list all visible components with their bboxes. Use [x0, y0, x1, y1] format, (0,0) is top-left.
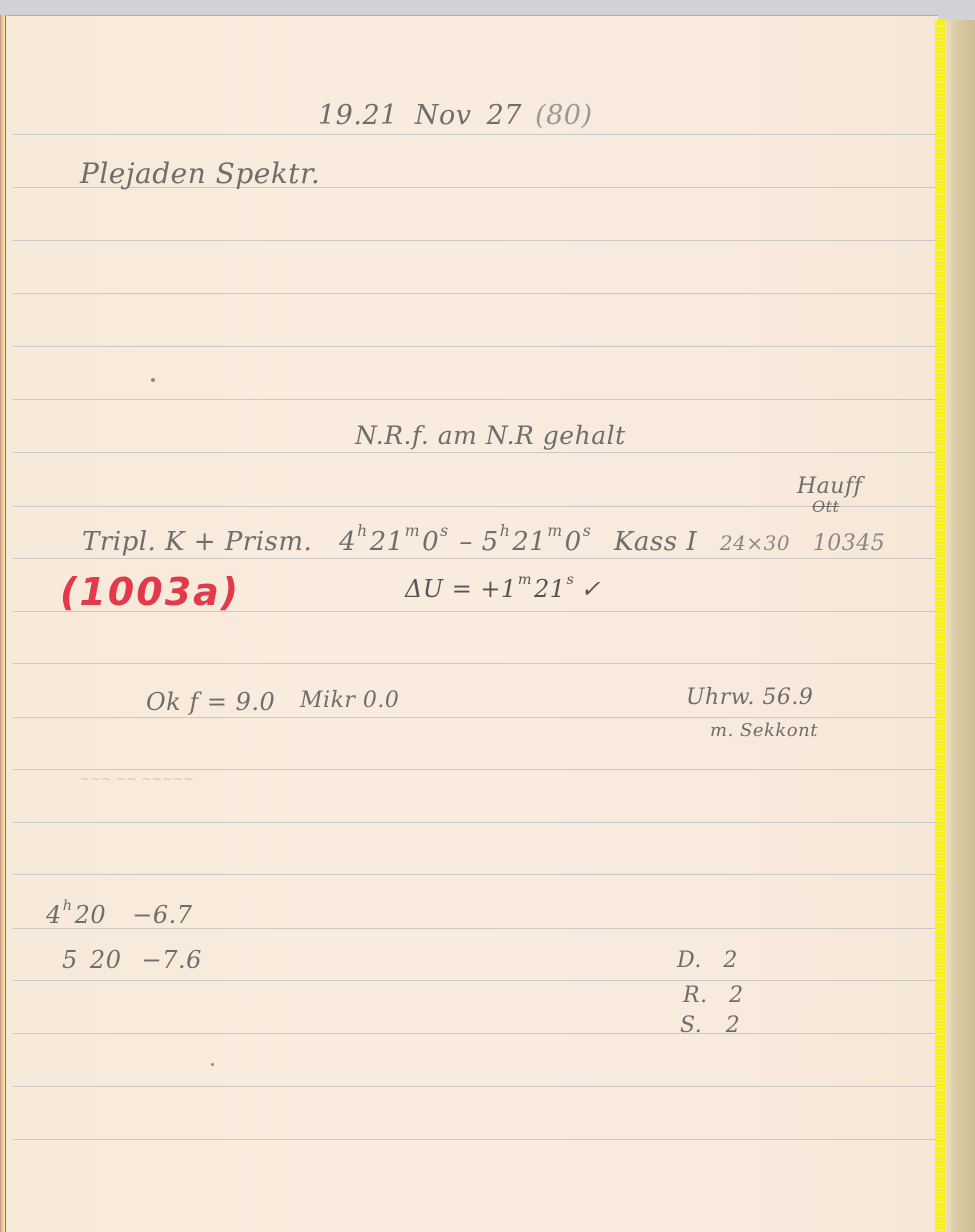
temp-value: −6.7 — [132, 901, 192, 929]
temp-value: −7.6 — [142, 946, 202, 974]
seeing-label: S. — [680, 1013, 702, 1038]
seeing-value: 2 — [729, 983, 744, 1008]
temp-time-hour: 4 — [46, 901, 62, 929]
start-minute: 21 — [370, 527, 404, 557]
checkmark-icon: ✓ — [580, 575, 601, 603]
exposure-line: Tripl. K + Prism. 4h21m0s – 5h21m0s Kass… — [82, 522, 885, 557]
plate-number: 10345 — [813, 531, 886, 556]
ruled-line — [13, 717, 938, 718]
ruled-line — [13, 506, 938, 507]
ruled-line — [13, 1086, 938, 1087]
temperature-row: 4h20 −6.7 — [46, 898, 193, 929]
plate-size: 24×30 — [720, 531, 790, 555]
end-second: 0 — [565, 527, 582, 557]
page-title: Plejaden Spektr. — [80, 157, 320, 190]
end-time: 5h21m0s — [482, 527, 594, 557]
minute-unit: m — [547, 522, 562, 540]
plate-id-red: (1003a) — [60, 570, 240, 614]
hour-unit: h — [500, 522, 511, 540]
observer-name: Hauff — [797, 474, 862, 499]
ruled-line — [13, 1139, 938, 1140]
minute-unit: m — [405, 522, 420, 540]
temp-time-minute: 20 — [75, 901, 107, 929]
date-month: Nov — [415, 100, 472, 131]
start-hour: 4 — [339, 527, 356, 557]
hour-unit: h — [63, 898, 73, 914]
date-year: 19.21 — [318, 100, 398, 131]
ruled-line — [13, 822, 938, 823]
ruled-line — [13, 663, 938, 664]
ruled-line — [13, 134, 938, 135]
date-day: 27 — [487, 100, 522, 131]
ink-dot — [211, 1063, 214, 1066]
ruled-line — [13, 399, 938, 400]
observer-struck-name: Ott — [812, 497, 839, 516]
hour-unit: h — [357, 522, 368, 540]
page-margin-line — [5, 15, 6, 1232]
end-hour: 5 — [482, 527, 499, 557]
focus-setting: Ok f = 9.0 — [146, 688, 275, 716]
date-paren: (80) — [535, 100, 592, 131]
temp-time-hour: 5 — [62, 946, 78, 974]
seeing-label: D. — [677, 948, 702, 973]
instrument-label: Tripl. K + Prism. — [82, 527, 312, 557]
ruled-line — [13, 240, 938, 241]
end-minute: 21 — [512, 527, 546, 557]
cassette: Kass I — [614, 527, 697, 557]
start-time: 4h21m0s — [339, 527, 451, 557]
faint-erased-mark: ~~~ ~~ ~~~~~ — [80, 772, 194, 786]
ruled-line — [13, 558, 938, 559]
start-second: 0 — [422, 527, 439, 557]
second-unit: s — [440, 522, 449, 540]
seeing-value: 2 — [726, 1013, 741, 1038]
ink-dot — [151, 378, 155, 382]
clock-note: m. Sekkont — [710, 720, 818, 741]
delta-u-prefix: ΔU = +1 — [405, 575, 517, 603]
seeing-row: D. 2 — [677, 948, 738, 973]
seeing-row: S. 2 — [680, 1013, 740, 1038]
ruled-line — [13, 293, 938, 294]
ruled-line — [13, 874, 938, 875]
seeing-label: R. — [683, 983, 708, 1008]
ruled-line — [13, 769, 938, 770]
micrometer-setting: Mikr 0.0 — [300, 688, 399, 713]
highlighted-page-edge — [935, 20, 945, 1232]
delta-u-minute-unit: m — [518, 572, 532, 588]
setting-line: N.R.f. am N.R gehalt — [355, 421, 626, 450]
second-unit: s — [583, 522, 592, 540]
delta-u-seconds: 21 — [534, 575, 566, 603]
ruled-line — [13, 980, 938, 981]
ruled-line — [13, 1033, 938, 1034]
delta-u: ΔU = +1m21s✓ — [405, 572, 601, 603]
seeing-value: 2 — [723, 948, 738, 973]
time-dash: – — [459, 527, 473, 557]
book-gutter — [945, 20, 975, 1232]
notebook-page — [3, 15, 938, 1232]
date-line: 19.21 Nov 27 (80) — [318, 100, 593, 131]
ruled-line — [13, 452, 938, 453]
delta-u-second-unit: s — [567, 572, 575, 588]
temp-time-minute: 20 — [90, 946, 122, 974]
clock-reading: Uhrw. 56.9 — [686, 685, 813, 710]
scan-background — [0, 0, 975, 16]
temperature-row: 5 20 −7.6 — [62, 946, 202, 974]
seeing-row: R. 2 — [683, 983, 744, 1008]
ruled-line — [13, 346, 938, 347]
